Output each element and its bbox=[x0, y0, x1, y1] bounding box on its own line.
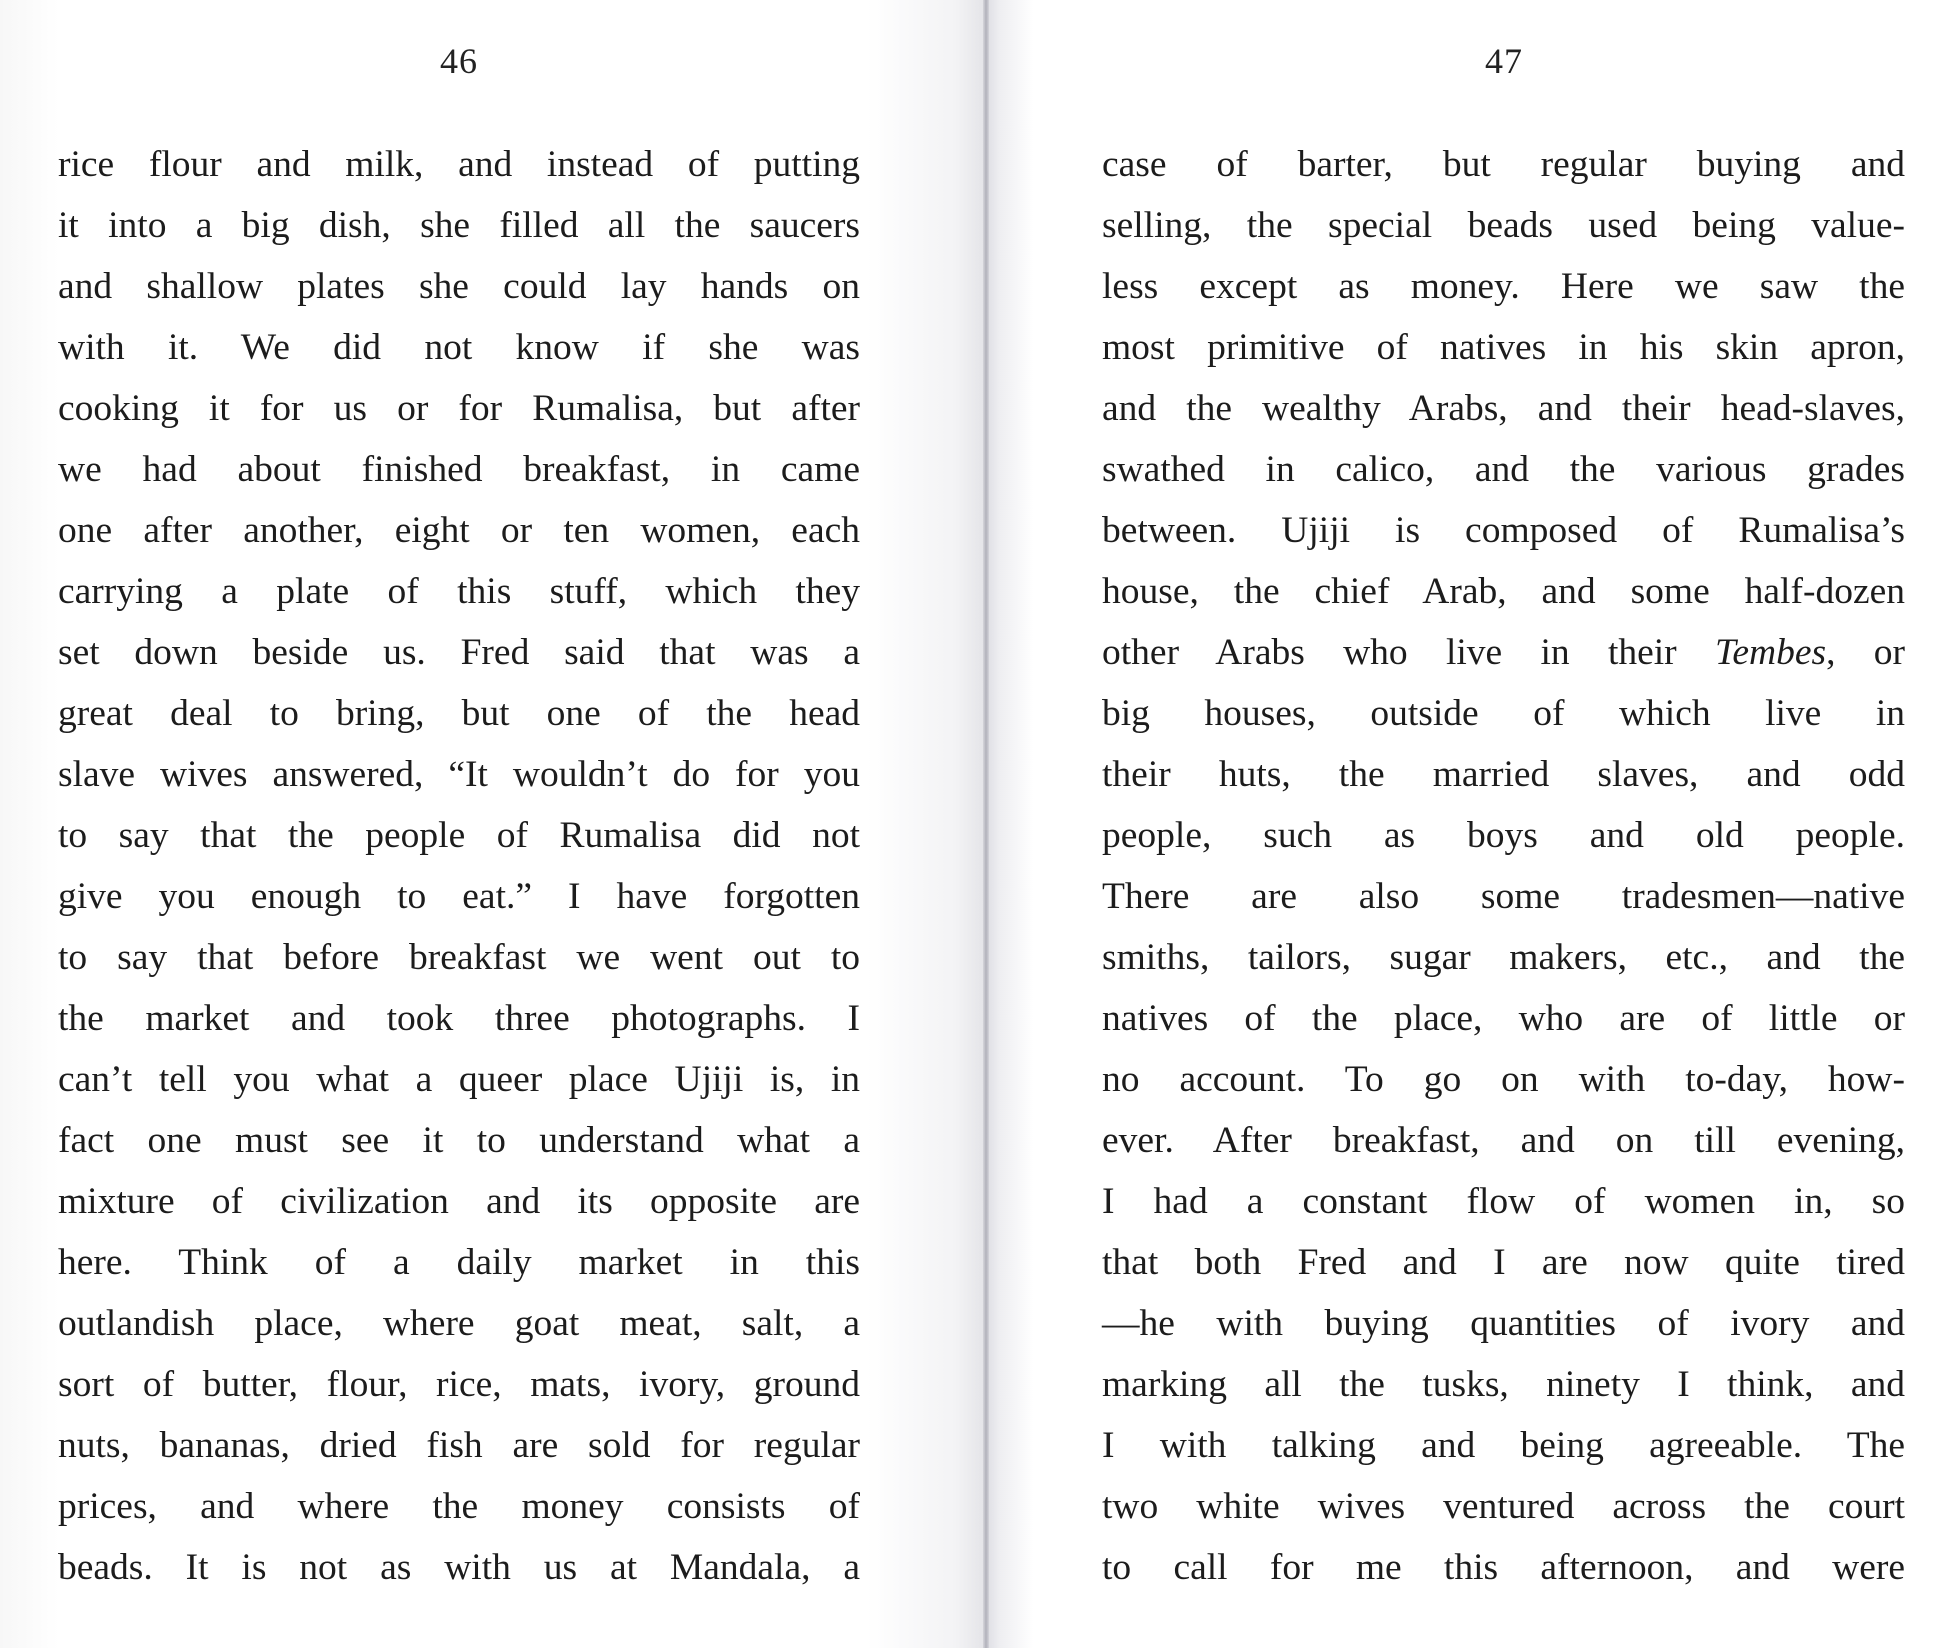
text-line: big houses, outside of which live in bbox=[1102, 683, 1905, 744]
text-line: I had a constant flow of women in, so bbox=[1102, 1171, 1905, 1232]
text-line: I with talking and being agreeable. The bbox=[1102, 1415, 1905, 1476]
text-line: nuts, bananas, dried fish are sold for r… bbox=[58, 1415, 860, 1476]
book-spread: 46 rice flour and milk, and instead of p… bbox=[0, 0, 1954, 1648]
text-line: smiths, tailors, sugar makers, etc., and… bbox=[1102, 927, 1905, 988]
page-number-right: 47 bbox=[1485, 40, 1523, 82]
text-line: house, the chief Arab, and some half-doz… bbox=[1102, 561, 1905, 622]
text-line: ever. After breakfast, and on till eveni… bbox=[1102, 1110, 1905, 1171]
text-line: fact one must see it to understand what … bbox=[58, 1110, 860, 1171]
right-page: 47 case of barter, but regular buying an… bbox=[985, 0, 1954, 1648]
text-line-with-italic: other Arabs who live in their Tembes, or bbox=[1102, 622, 1905, 683]
text-line: marking all the tusks, ninety I think, a… bbox=[1102, 1354, 1905, 1415]
text-line: to say that the people of Rumalisa did n… bbox=[58, 805, 860, 866]
text-line: their huts, the married slaves, and odd bbox=[1102, 744, 1905, 805]
text-line: people, such as boys and old people. bbox=[1102, 805, 1905, 866]
text-line: can’t tell you what a queer place Ujiji … bbox=[58, 1049, 860, 1110]
text-line: and shallow plates she could lay hands o… bbox=[58, 256, 860, 317]
right-page-text: case of barter, but regular buying and s… bbox=[1102, 134, 1905, 1598]
text-line: most primitive of natives in his skin ap… bbox=[1102, 317, 1905, 378]
text-line: prices, and where the money consists of bbox=[58, 1476, 860, 1537]
text-line: set down beside us. Fred said that was a bbox=[58, 622, 860, 683]
text-line: less except as money. Here we saw the bbox=[1102, 256, 1905, 317]
text-line: slave wives answered, “It wouldn’t do fo… bbox=[58, 744, 860, 805]
text-line: swathed in calico, and the various grade… bbox=[1102, 439, 1905, 500]
text-line: great deal to bring, but one of the head bbox=[58, 683, 860, 744]
text-line: give you enough to eat.” I have forgotte… bbox=[58, 866, 860, 927]
left-page-text: rice flour and milk, and instead of putt… bbox=[58, 134, 860, 1598]
text-segment: , or bbox=[1826, 632, 1905, 673]
text-line: mixture of civilization and its opposite… bbox=[58, 1171, 860, 1232]
text-line: that both Fred and I are now quite tired bbox=[1102, 1232, 1905, 1293]
text-line: and the wealthy Arabs, and their head-sl… bbox=[1102, 378, 1905, 439]
text-line: sort of butter, flour, rice, mats, ivory… bbox=[58, 1354, 860, 1415]
text-line: cooking it for us or for Rumalisa, but a… bbox=[58, 378, 860, 439]
text-line: we had about finished breakfast, in came bbox=[58, 439, 860, 500]
text-line: with it. We did not know if she was bbox=[58, 317, 860, 378]
text-line: —he with buying quantities of ivory and bbox=[1102, 1293, 1905, 1354]
text-line: case of barter, but regular buying and bbox=[1102, 134, 1905, 195]
left-page: 46 rice flour and milk, and instead of p… bbox=[0, 0, 985, 1648]
text-line: rice flour and milk, and instead of putt… bbox=[58, 134, 860, 195]
text-line: it into a big dish, she filled all the s… bbox=[58, 195, 860, 256]
text-line: no account. To go on with to-day, how- bbox=[1102, 1049, 1905, 1110]
text-line: to say that before breakfast we went out… bbox=[58, 927, 860, 988]
page-number-left: 46 bbox=[440, 40, 478, 82]
text-line: two white wives ventured across the cour… bbox=[1102, 1476, 1905, 1537]
text-line: one after another, eight or ten women, e… bbox=[58, 500, 860, 561]
text-line: here. Think of a daily market in this bbox=[58, 1232, 860, 1293]
text-line: There are also some tradesmen—native bbox=[1102, 866, 1905, 927]
book-gutter bbox=[983, 0, 989, 1648]
text-line-last: beads. It is not as with us at Mandala, … bbox=[58, 1537, 860, 1598]
text-line: the market and took three photographs. I bbox=[58, 988, 860, 1049]
text-line: selling, the special beads used being va… bbox=[1102, 195, 1905, 256]
text-line: natives of the place, who are of little … bbox=[1102, 988, 1905, 1049]
text-line: carrying a plate of this stuff, which th… bbox=[58, 561, 860, 622]
text-segment: other Arabs who live in their bbox=[1102, 632, 1715, 673]
text-line: between. Ujiji is composed of Rumalisa’s bbox=[1102, 500, 1905, 561]
text-line-last: to call for me this afternoon, and were bbox=[1102, 1537, 1905, 1598]
italic-term-tembes: Tembes bbox=[1715, 632, 1826, 673]
text-line: outlandish place, where goat meat, salt,… bbox=[58, 1293, 860, 1354]
